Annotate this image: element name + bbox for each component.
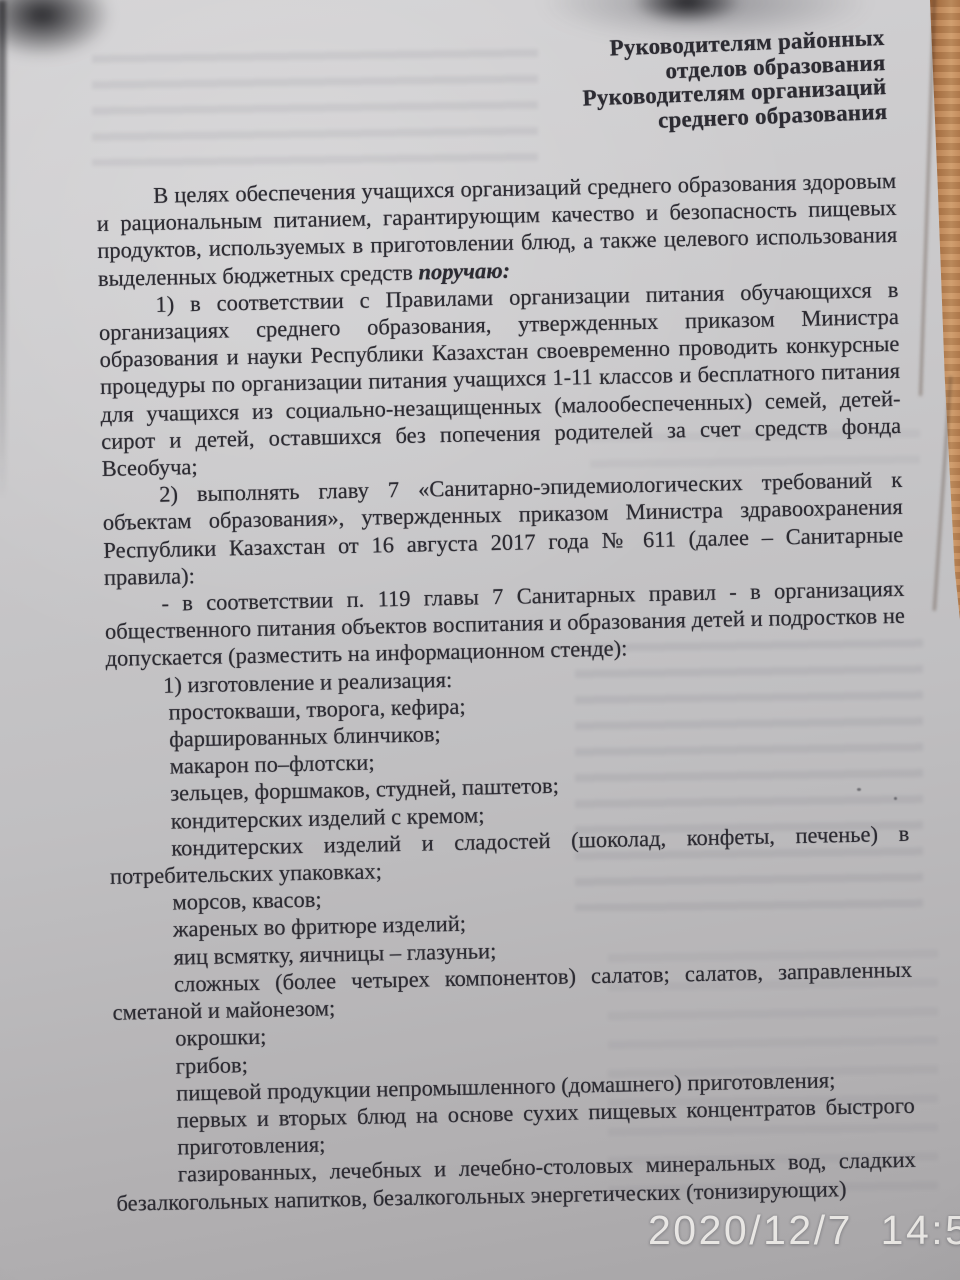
camera-timestamp: 2020/12/7 14:55 <box>648 1207 960 1254</box>
paragraph: 1) в соответствии с Правилами организаци… <box>98 276 902 482</box>
document-body: В целях обеспечения учащихся организаций… <box>96 167 917 1217</box>
document-page: Руководителям районных отделов образован… <box>0 0 960 1280</box>
intro-bold-word: поручаю: <box>418 257 510 284</box>
recipient-block: Руководителям районных отделов образован… <box>454 26 887 140</box>
document-photo: Руководителям районных отделов образован… <box>0 0 960 1280</box>
paragraph-intro: В целях обеспечения учащихся организаций… <box>96 167 898 292</box>
paragraph: 2) выполнять главу 7 «Санитарно-эпидемио… <box>102 466 904 591</box>
